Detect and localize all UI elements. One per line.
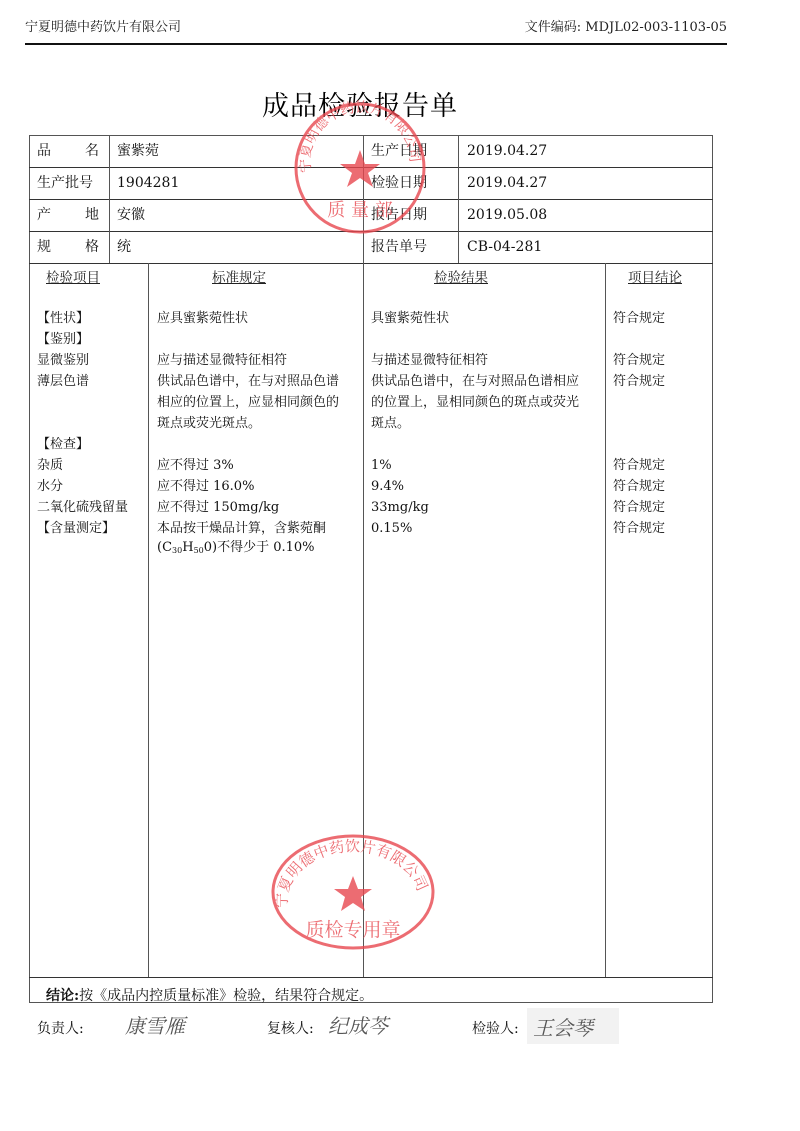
header-rule-right bbox=[474, 43, 727, 45]
result-cell: 具蜜紫菀性状 bbox=[371, 308, 449, 329]
col-header-standard: 标准规定 bbox=[212, 266, 266, 286]
col-divider bbox=[363, 135, 364, 977]
info-label-spec: 规格 bbox=[37, 231, 99, 263]
standard-cell: 相应的位置上，应显相同颜色的 bbox=[157, 392, 339, 413]
info-value-inspection-date: 2019.04.27 bbox=[467, 167, 547, 199]
row-divider bbox=[29, 977, 713, 978]
standard-formula-line: (C30H500)不得少于 0.10% bbox=[157, 537, 315, 561]
item-cell: 水分 bbox=[37, 476, 63, 497]
info-label-origin: 产地 bbox=[37, 199, 99, 231]
info-value-report-number: CB-04-281 bbox=[467, 231, 542, 263]
col-divider bbox=[605, 263, 606, 977]
inspector-signature: 王会琴 bbox=[533, 1012, 593, 1041]
responsible-label: 负责人: bbox=[37, 1018, 84, 1038]
item-cell: 显微鉴别 bbox=[37, 350, 89, 371]
col-divider bbox=[109, 135, 110, 263]
standard-cell: 应不得过 3% bbox=[157, 455, 234, 476]
result-cell: 0.15% bbox=[371, 518, 412, 539]
conclusion-cell: 符合规定 bbox=[613, 518, 665, 539]
info-value-batch: 1904281 bbox=[117, 167, 179, 199]
info-label-inspection-date: 检验日期 bbox=[371, 167, 427, 199]
conclusion-cell: 符合规定 bbox=[613, 350, 665, 371]
standard-cell: 应不得过 150mg/kg bbox=[157, 497, 279, 518]
col-header-result: 检验结果 bbox=[434, 266, 488, 286]
info-label-report-number: 报告单号 bbox=[371, 231, 427, 263]
company-name: 宁夏明德中药饮片有限公司 bbox=[25, 18, 181, 35]
info-value-report-date: 2019.05.08 bbox=[467, 199, 547, 231]
standard-cell: 供试品色谱中，在与对照品色谱 bbox=[157, 371, 339, 392]
item-cell: 薄层色谱 bbox=[37, 371, 89, 392]
col-divider bbox=[458, 135, 459, 263]
company-header: 宁夏明德中药饮片有限公司 bbox=[25, 18, 181, 38]
conclusion-cell: 符合规定 bbox=[613, 308, 665, 329]
row-divider bbox=[29, 263, 713, 264]
info-label-batch: 生产批号 bbox=[37, 167, 93, 199]
conclusion-cell: 符合规定 bbox=[613, 497, 665, 518]
responsible-signature: 康雪雁 bbox=[125, 1010, 185, 1039]
standard-cell: 应具蜜紫菀性状 bbox=[157, 308, 248, 329]
col-header-conclusion: 项目结论 bbox=[628, 266, 682, 286]
reviewer-signature: 纪成芩 bbox=[328, 1010, 388, 1039]
standard-cell: 本品按干燥品计算，含紫菀酮 bbox=[157, 518, 326, 539]
result-cell: 的位置上，显相同颜色的斑点或荧光 bbox=[371, 392, 579, 413]
col-header-item: 检验项目 bbox=[46, 266, 100, 286]
page-title: 成品检验报告单 bbox=[0, 84, 720, 123]
result-cell: 1% bbox=[371, 455, 392, 476]
reviewer-label: 复核人: bbox=[267, 1018, 314, 1038]
result-cell: 33mg/kg bbox=[371, 497, 429, 518]
doc-code-header: 文件编码: MDJL02-003-1103-05 bbox=[525, 18, 727, 38]
info-value-product-name: 蜜紫菀 bbox=[117, 135, 159, 167]
result-cell: 斑点。 bbox=[371, 413, 410, 434]
col-divider bbox=[148, 263, 149, 977]
conclusion-cell: 符合规定 bbox=[613, 476, 665, 497]
item-cell: 【检查】 bbox=[37, 434, 89, 455]
info-value-production-date: 2019.04.27 bbox=[467, 135, 547, 167]
item-cell: 【性状】 bbox=[37, 308, 89, 329]
item-cell: 二氧化硫残留量 bbox=[37, 497, 128, 518]
item-cell: 【含量测定】 bbox=[37, 518, 115, 539]
conclusion-text: 按《成品内控质量标准》检验，结果符合规定。 bbox=[79, 988, 373, 1004]
header-rule bbox=[25, 43, 474, 45]
conclusion-label: 结论: bbox=[46, 988, 79, 1004]
conclusion-cell: 符合规定 bbox=[613, 371, 665, 392]
inspector-label: 检验人: bbox=[472, 1018, 519, 1038]
conclusion-cell: 符合规定 bbox=[613, 455, 665, 476]
info-label-report-date: 报告日期 bbox=[371, 199, 427, 231]
item-cell: 杂质 bbox=[37, 455, 63, 476]
info-value-origin: 安徽 bbox=[117, 199, 145, 231]
info-label-production-date: 生产日期 bbox=[371, 135, 427, 167]
info-value-spec: 统 bbox=[117, 231, 131, 263]
info-label-product-name: 品名 bbox=[37, 135, 99, 167]
standard-cell: 应与描述显微特征相符 bbox=[157, 350, 287, 371]
item-cell: 【鉴别】 bbox=[37, 329, 89, 350]
doc-code: 文件编码: MDJL02-003-1103-05 bbox=[525, 18, 727, 35]
standard-cell: 斑点或荧光斑点。 bbox=[157, 413, 261, 434]
result-cell: 供试品色谱中，在与对照品色谱相应 bbox=[371, 371, 579, 392]
result-cell: 与描述显微特征相符 bbox=[371, 350, 488, 371]
result-cell: 9.4% bbox=[371, 476, 404, 497]
report-table bbox=[29, 135, 713, 1003]
final-conclusion: 结论:按《成品内控质量标准》检验，结果符合规定。 bbox=[46, 985, 373, 1005]
standard-cell: 应不得过 16.0% bbox=[157, 476, 254, 497]
